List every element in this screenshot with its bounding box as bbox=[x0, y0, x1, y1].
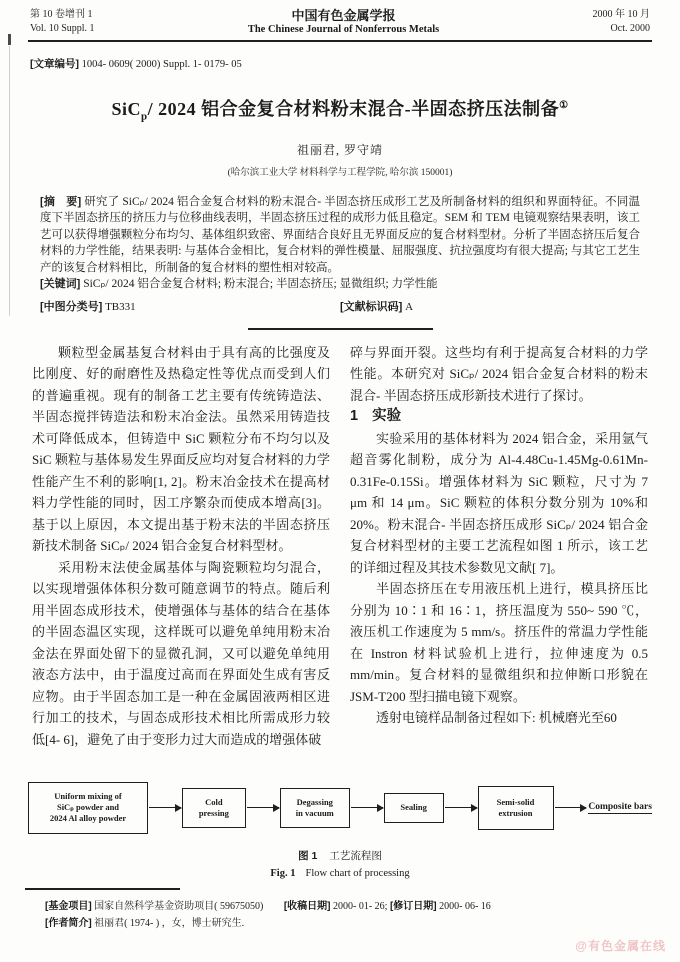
flow-arrow-icon bbox=[445, 807, 477, 808]
revised-label: [修订日期] bbox=[390, 901, 437, 912]
body-paragraph: 实验采用的基体材料为 2024 铝合金，采用氩气超音雾化制粉，成分为 Al-4.… bbox=[350, 428, 648, 579]
affiliation: (哈尔滨工业大学 材料科学与工程学院, 哈尔滨 150001) bbox=[0, 164, 680, 178]
flow-box-sealing: Sealing bbox=[384, 793, 444, 823]
article-number-value: 1004- 0609( 2000) Suppl. 1- 0179- 05 bbox=[82, 59, 242, 70]
fund-text: 国家自然科学基金资助项目( 59675050) bbox=[94, 901, 263, 912]
flow-box-line: pressing bbox=[184, 808, 244, 819]
figure-flowchart: Uniform mixing of SiCₚ powder and 2024 A… bbox=[28, 782, 652, 834]
left-column: 颗粒型金属基复合材料由于具有高的比强度及比刚度、好的耐磨性及热稳定性等优点而受到… bbox=[32, 342, 330, 774]
journal-name-en: The Chinese Journal of Nonferrous Metals bbox=[248, 23, 439, 37]
paper-title: SiCp/ 2024 铝合金复合材料粉末混合-半固态挤压法制备① bbox=[30, 95, 650, 123]
figure-caption-cn-label: 图 1 bbox=[298, 850, 317, 862]
title-part1: SiC bbox=[111, 99, 141, 119]
abstract: [摘 要] 研究了 SiCₚ/ 2024 铝合金复合材料的粉末混合- 半固态挤压… bbox=[40, 194, 640, 277]
flow-arrow-icon bbox=[247, 807, 279, 808]
flow-box-line: Degassing bbox=[282, 797, 348, 808]
keywords-label: [关键词] bbox=[40, 278, 80, 290]
body-paragraph: 颗粒型金属基复合材料由于具有高的比强度及比刚度、好的耐磨性及热稳定性等优点而受到… bbox=[32, 342, 330, 557]
scan-artifact-line bbox=[9, 46, 10, 316]
flow-box-mixing: Uniform mixing of SiCₚ powder and 2024 A… bbox=[28, 782, 148, 834]
volume-cn: 第 10 卷增刊 1 bbox=[30, 8, 95, 22]
flow-box-extrusion: Semi-solid extrusion bbox=[478, 786, 554, 830]
site-watermark: @有色金属在线 bbox=[575, 937, 666, 954]
bio-label: [作者简介] bbox=[45, 918, 92, 929]
section-1-title: 实验 bbox=[372, 408, 401, 424]
received-text: 2000- 01- 26; bbox=[333, 901, 387, 912]
body-columns: 颗粒型金属基复合材料由于具有高的比强度及比刚度、好的耐磨性及热稳定性等优点而受到… bbox=[32, 342, 648, 774]
body-paragraph: 碎与界面开裂。这些均有利于提高复合材料的力学性能。本研究对 SiCₚ/ 2024… bbox=[350, 342, 648, 407]
date-cn: 2000 年 10 月 bbox=[593, 8, 651, 22]
fund-label: [基金项目] bbox=[45, 901, 92, 912]
abstract-label: [摘 要] bbox=[40, 196, 81, 208]
classification: [中图分类号] TB331 bbox=[40, 298, 340, 314]
figure-caption-en: Fig. 1Flow chart of processing bbox=[0, 868, 680, 879]
body-paragraph: 半固态挤压在专用液压机上进行，模具挤压比分别为 10∶1 和 16∶1，挤压温度… bbox=[350, 578, 648, 707]
figure-caption-en-text: Flow chart of processing bbox=[305, 868, 409, 879]
doc-code: [文献标识码] A bbox=[340, 298, 640, 314]
footnote-block: [基金项目] 国家自然科学基金资助项目( 59675050) [收稿日期] 20… bbox=[0, 888, 680, 932]
scan-artifact-tick bbox=[8, 34, 11, 45]
doc-code-label: [文献标识码] bbox=[340, 301, 402, 313]
footnote-lines: [基金项目] 国家自然科学基金资助项目( 59675050) [收稿日期] 20… bbox=[45, 898, 680, 932]
flow-box-cold-pressing: Cold pressing bbox=[182, 788, 246, 828]
fund-line: [基金项目] 国家自然科学基金资助项目( 59675050) [收稿日期] 20… bbox=[45, 898, 680, 915]
flow-box-line: 2024 Al alloy powder bbox=[30, 813, 146, 824]
article-number-label: [文章编号] bbox=[30, 58, 79, 70]
abstract-keywords-block: [摘 要] 研究了 SiCₚ/ 2024 铝合金复合材料的粉末混合- 半固态挤压… bbox=[40, 194, 640, 293]
section-divider bbox=[248, 328, 433, 330]
flow-box-line: Cold bbox=[184, 797, 244, 808]
flow-box-line: in vacuum bbox=[282, 808, 348, 819]
flow-box-line: SiCₚ powder and bbox=[30, 802, 146, 813]
volume-en: Vol. 10 Suppl. 1 bbox=[30, 22, 95, 36]
flow-arrow-icon bbox=[149, 807, 181, 808]
flow-arrow-icon bbox=[351, 807, 383, 808]
right-column: 碎与界面开裂。这些均有利于提高复合材料的力学性能。本研究对 SiCₚ/ 2024… bbox=[350, 342, 648, 774]
bio-text: 祖丽君( 1974- ) ，女，博士研究生. bbox=[94, 918, 244, 929]
doc-code-value: A bbox=[405, 301, 413, 313]
date-en: Oct. 2000 bbox=[593, 22, 651, 36]
section-1-number: 1 bbox=[350, 408, 358, 424]
header-volume: 第 10 卷增刊 1 Vol. 10 Suppl. 1 bbox=[30, 8, 95, 36]
classification-row: [中图分类号] TB331 [文献标识码] A bbox=[40, 298, 640, 314]
figure-caption-en-label: Fig. 1 bbox=[270, 868, 295, 879]
flow-box-line: Semi-solid bbox=[480, 797, 552, 808]
section-1-heading: 1实验 bbox=[350, 406, 648, 428]
flow-arrow-icon bbox=[555, 807, 587, 808]
classification-value: TB331 bbox=[105, 301, 136, 313]
title-subscript: p bbox=[141, 111, 148, 123]
keywords-text: SiCₚ/ 2024 铝合金复合材料; 粉末混合; 半固态挤压; 显微组织; 力… bbox=[83, 278, 437, 290]
classification-label: [中图分类号] bbox=[40, 301, 102, 313]
journal-header: 第 10 卷增刊 1 Vol. 10 Suppl. 1 中国有色金属学报 The… bbox=[0, 0, 680, 37]
title-part2: / 2024 铝合金复合材料粉末混合-半固态挤压法制备 bbox=[148, 99, 560, 119]
revised-text: 2000- 06- 16 bbox=[439, 901, 491, 912]
flow-box-line: extrusion bbox=[480, 808, 552, 819]
figure-caption-cn: 图 1工艺流程图 bbox=[0, 848, 680, 863]
title-footnote-mark: ① bbox=[559, 100, 568, 111]
abstract-text: 研究了 SiCₚ/ 2024 铝合金复合材料的粉末混合- 半固态挤压成形工艺及所… bbox=[40, 196, 640, 274]
footnote-divider bbox=[25, 888, 180, 890]
received-label: [收稿日期] bbox=[284, 901, 331, 912]
flow-output-label: Composite bars bbox=[588, 802, 652, 814]
flow-box-degassing: Degassing in vacuum bbox=[280, 788, 350, 828]
figure-caption-cn-text: 工艺流程图 bbox=[329, 851, 382, 862]
article-number-line: [文章编号] 1004- 0609( 2000) Suppl. 1- 0179-… bbox=[30, 56, 680, 71]
flow-box-line: Sealing bbox=[386, 802, 442, 813]
header-date: 2000 年 10 月 Oct. 2000 bbox=[593, 8, 651, 36]
flow-box-line: Uniform mixing of bbox=[30, 791, 146, 802]
journal-name-cn: 中国有色金属学报 bbox=[248, 8, 439, 23]
body-paragraph: 透射电镜样品制备过程如下: 机械磨光至60 bbox=[350, 707, 648, 729]
header-divider bbox=[28, 40, 652, 42]
header-journal-name: 中国有色金属学报 The Chinese Journal of Nonferro… bbox=[248, 8, 439, 37]
keywords: [关键词] SiCₚ/ 2024 铝合金复合材料; 粉末混合; 半固态挤压; 显… bbox=[40, 276, 640, 293]
authors: 祖丽君, 罗守靖 bbox=[0, 141, 680, 158]
bio-line: [作者简介] 祖丽君( 1974- ) ，女，博士研究生. bbox=[45, 915, 680, 932]
body-paragraph: 采用粉末法使金属基体与陶瓷颗粒均匀混合，以实现增强体体积分数可随意调节的特点。随… bbox=[32, 557, 330, 751]
